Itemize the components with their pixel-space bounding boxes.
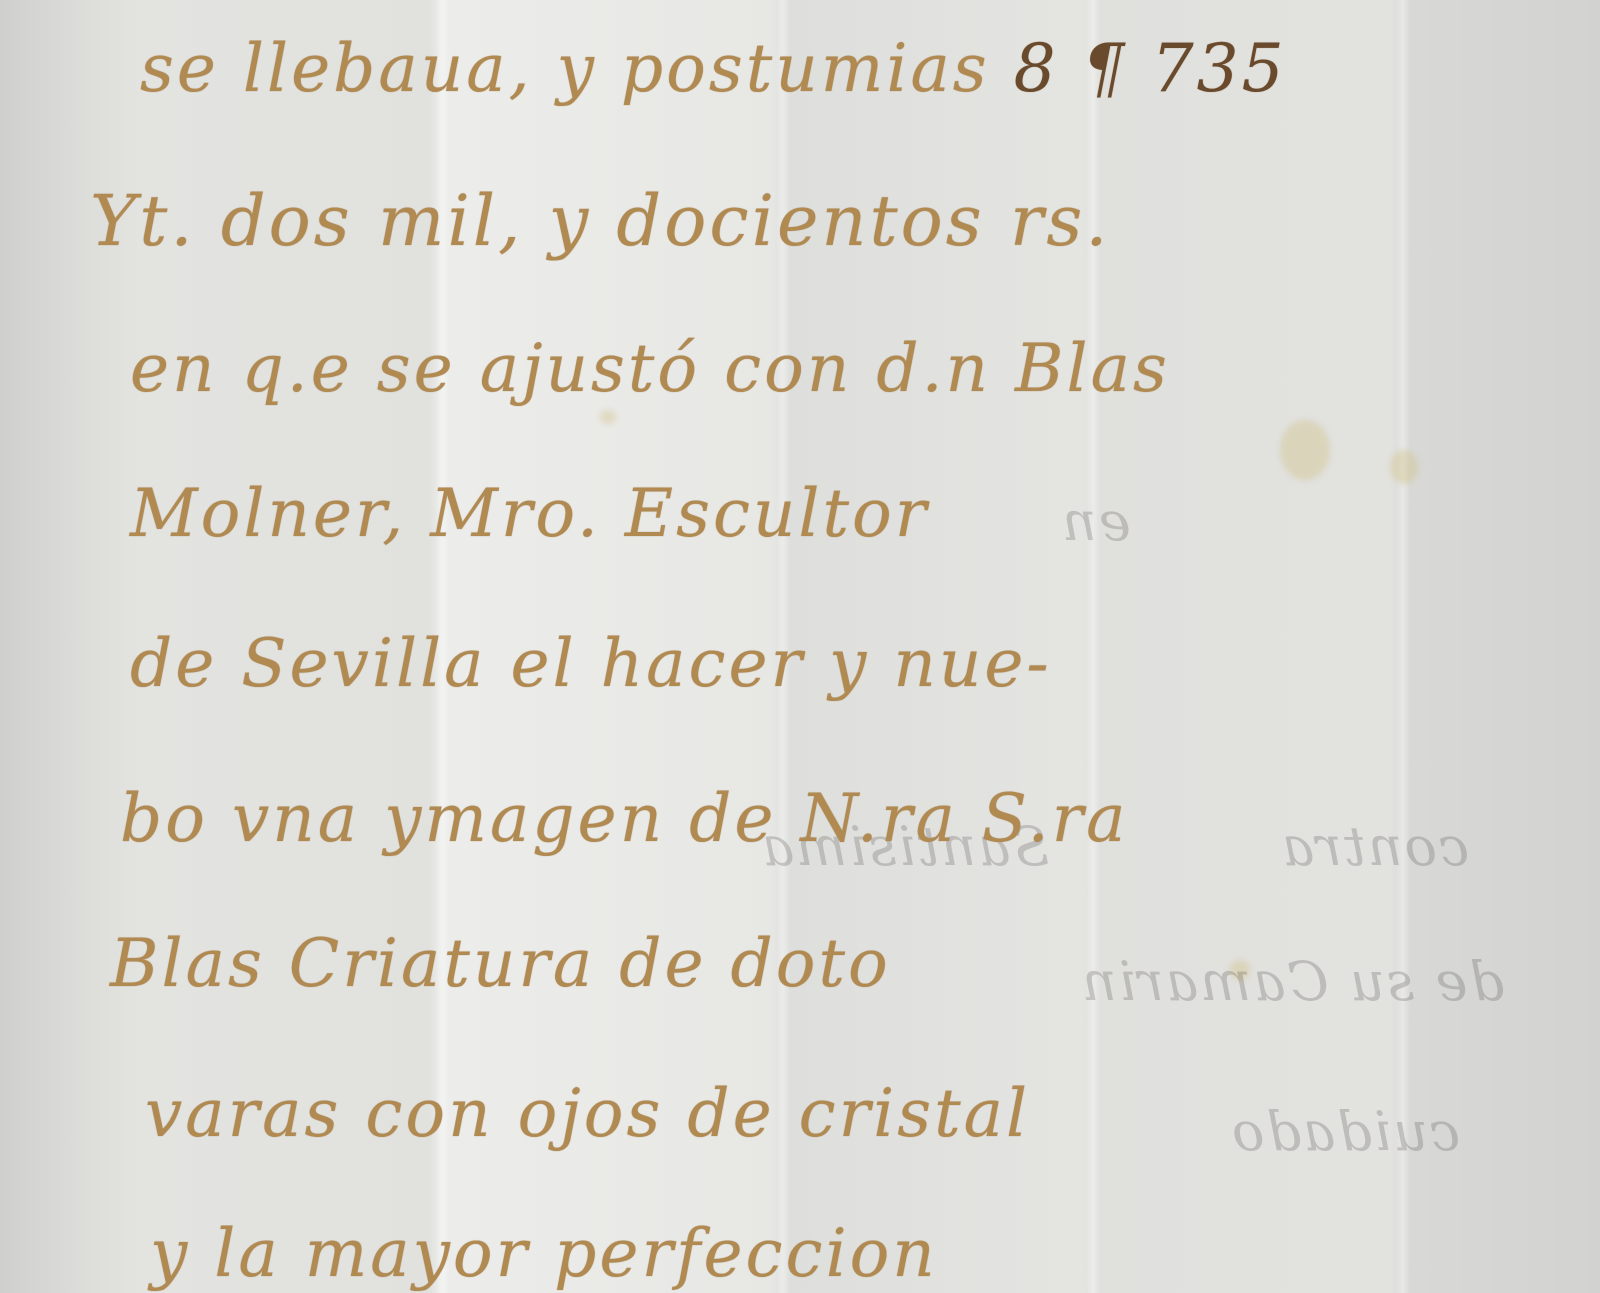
manuscript-line-1: se llebaua, y postumias 8 ¶ 735 xyxy=(140,30,1287,107)
bleed-through-text: contra xyxy=(1280,815,1469,878)
manuscript-line-3: en q.e se ajustó con d.n Blas xyxy=(130,330,1170,407)
manuscript-photo: Santisima contra de su Camarin cuidado e… xyxy=(0,0,1600,1293)
ink-stain xyxy=(1280,420,1330,480)
line-text: se llebaua, y postumias xyxy=(140,30,990,107)
manuscript-line-6: bo vna ymagen de N.ra S.ra xyxy=(120,780,1129,857)
ledger-amount: 8 ¶ 735 xyxy=(1014,30,1287,107)
manuscript-line-5: de Sevilla el hacer y nue- xyxy=(130,625,1052,702)
manuscript-line-4: Molner, Mro. Escultor xyxy=(130,475,929,552)
manuscript-line-2: Yt. dos mil, y docientos rs. xyxy=(90,180,1111,262)
ink-stain xyxy=(600,410,616,424)
manuscript-line-8: varas con ojos de cristal xyxy=(145,1075,1030,1152)
manuscript-line-9: y la mayor perfeccion xyxy=(150,1215,938,1292)
bleed-through-text: cuidado xyxy=(1230,1100,1460,1163)
ink-stain xyxy=(1390,450,1418,484)
manuscript-line-7: Blas Criatura de doto xyxy=(110,925,891,1002)
bleed-through-text: en xyxy=(1060,490,1131,553)
bleed-through-text: de su Camarin xyxy=(1080,950,1504,1013)
